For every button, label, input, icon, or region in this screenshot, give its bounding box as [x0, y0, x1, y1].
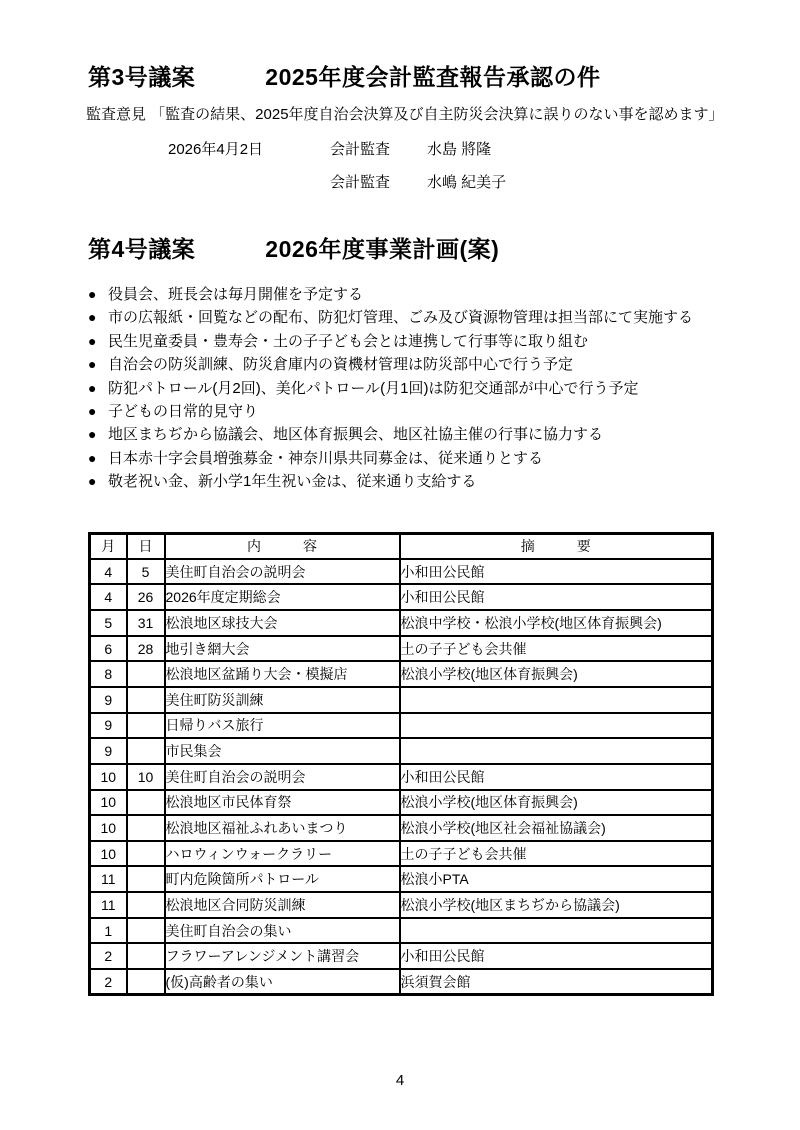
bullet-text: 防犯パトロール(月2回)、美化パトロール(月1回)は防犯交通部が中心で行う予定 [108, 377, 638, 400]
table-row: 11町内危険箇所パトロール松浪小PTA [90, 866, 713, 892]
cell-month: 9 [90, 687, 127, 713]
bullet-icon: ● [88, 470, 108, 493]
table-body: 45美住町自治会の説明会小和田公民館4262026年度定期総会小和田公民館531… [90, 559, 713, 995]
cell-month: 10 [90, 764, 127, 790]
cell-day [127, 713, 165, 739]
cell-content: 市民集会 [165, 738, 400, 764]
cell-summary [400, 713, 713, 739]
audit-date: 2026年4月2日 [168, 139, 330, 160]
cell-month: 2 [90, 969, 127, 995]
auditor-role: 会計監査 [330, 139, 427, 160]
cell-summary: 松浪小学校(地区まちぢから協議会) [400, 892, 713, 918]
bullet-icon: ● [88, 353, 108, 376]
cell-summary [400, 687, 713, 713]
cell-day: 10 [127, 764, 165, 790]
bullet-text: 自治会の防災訓練、防災倉庫内の資機材管理は防災部中心で行う予定 [108, 353, 573, 376]
table-row: 4262026年度定期総会小和田公民館 [90, 584, 713, 610]
table-row: 11松浪地区合同防災訓練松浪小学校(地区まちぢから協議会) [90, 892, 713, 918]
cell-content: 地引き網大会 [165, 636, 400, 662]
table-row: 10松浪地区福祉ふれあいまつり松浪小学校(地区社会福祉協議会) [90, 815, 713, 841]
cell-content: フラワーアレンジメント講習会 [165, 943, 400, 969]
cell-content: 松浪地区球技大会 [165, 610, 400, 636]
cell-day: 28 [127, 636, 165, 662]
cell-day [127, 866, 165, 892]
cell-day [127, 661, 165, 687]
agenda4-title: 2026年度事業計画(案) [265, 234, 499, 264]
cell-content: 美住町自治会の説明会 [165, 559, 400, 585]
cell-content: 美住町自治会の説明会 [165, 764, 400, 790]
cell-day [127, 815, 165, 841]
bullet-item: ●民生児童委員・豊寿会・土の子子ども会とは連携して行事等に取り組む [88, 330, 760, 353]
cell-day [127, 841, 165, 867]
table-row: 9市民集会 [90, 738, 713, 764]
table-row: 8松浪地区盆踊り大会・模擬店松浪小学校(地区体育振興会) [90, 661, 713, 687]
agenda3-heading: 第3号議案 2025年度会計監査報告承認の件 [88, 62, 760, 92]
cell-summary: 松浪中学校・松浪小学校(地区体育振興会) [400, 610, 713, 636]
cell-day [127, 790, 165, 816]
auditor-name: 水島 將隆 [427, 139, 491, 160]
cell-content: (仮)高齢者の集い [165, 969, 400, 995]
cell-month: 11 [90, 866, 127, 892]
bullet-text: 市の広報紙・回覧などの配布、防犯灯管理、ごみ及び資源物管理は担当部にて実施する [108, 306, 693, 329]
auditor-role: 会計監査 [330, 172, 427, 193]
cell-month: 8 [90, 661, 127, 687]
table-row: 10ハロウィンウォークラリー土の子子ども会共催 [90, 841, 713, 867]
bullet-item: ●子どもの日常的見守り [88, 400, 760, 423]
cell-month: 4 [90, 584, 127, 610]
bullet-icon: ● [88, 283, 108, 306]
table-row: 1美住町自治会の集い [90, 918, 713, 944]
cell-content: 松浪地区福祉ふれあいまつり [165, 815, 400, 841]
cell-summary: 小和田公民館 [400, 764, 713, 790]
cell-summary: 浜須賀会館 [400, 969, 713, 995]
auditor-name: 水嶋 紀美子 [427, 172, 506, 193]
cell-month: 10 [90, 790, 127, 816]
cell-content: 松浪地区市民体育祭 [165, 790, 400, 816]
cell-day: 5 [127, 559, 165, 585]
bullet-text: 役員会、班長会は毎月開催を予定する [108, 283, 363, 306]
cell-summary: 小和田公民館 [400, 559, 713, 585]
table-row: 9美住町防災訓練 [90, 687, 713, 713]
bullet-item: ●役員会、班長会は毎月開催を予定する [88, 283, 760, 306]
bullet-icon: ● [88, 330, 108, 353]
cell-summary [400, 918, 713, 944]
table-row: 2フラワーアレンジメント講習会小和田公民館 [90, 943, 713, 969]
cell-content: ハロウィンウォークラリー [165, 841, 400, 867]
bullet-text: 敬老祝い金、新小学1年生祝い金は、従来通り支給する [108, 470, 476, 493]
auditor-row: 2026年4月2日会計監査水島 將隆 [88, 139, 760, 160]
cell-day [127, 687, 165, 713]
cell-content: 松浪地区盆踊り大会・模擬店 [165, 661, 400, 687]
cell-summary: 松浪小学校(地区社会福祉協議会) [400, 815, 713, 841]
event-schedule-table: 月日内 容摘 要 45美住町自治会の説明会小和田公民館4262026年度定期総会… [88, 532, 714, 997]
cell-month: 11 [90, 892, 127, 918]
table-row: 45美住町自治会の説明会小和田公民館 [90, 559, 713, 585]
cell-month: 9 [90, 738, 127, 764]
cell-month: 10 [90, 815, 127, 841]
cell-summary: 土の子子ども会共催 [400, 636, 713, 662]
bullet-item: ●地区まちぢから協議会、地区体育振興会、地区社協主催の行事に協力する [88, 423, 760, 446]
bullet-text: 日本赤十字会員増強募金・神奈川県共同募金は、従来通りとする [108, 447, 543, 470]
cell-day: 31 [127, 610, 165, 636]
table-row: 1010美住町自治会の説明会小和田公民館 [90, 764, 713, 790]
cell-summary [400, 738, 713, 764]
cell-month: 4 [90, 559, 127, 585]
cell-content: 町内危険箇所パトロール [165, 866, 400, 892]
bullet-icon: ● [88, 306, 108, 329]
cell-content: 美住町防災訓練 [165, 687, 400, 713]
bullet-item: ●敬老祝い金、新小学1年生祝い金は、従来通り支給する [88, 470, 760, 493]
cell-summary: 土の子子ども会共催 [400, 841, 713, 867]
table-row: 531松浪地区球技大会松浪中学校・松浪小学校(地区体育振興会) [90, 610, 713, 636]
cell-summary: 松浪小学校(地区体育振興会) [400, 790, 713, 816]
cell-month: 2 [90, 943, 127, 969]
table-row: 9日帰りバス旅行 [90, 713, 713, 739]
bullet-icon: ● [88, 423, 108, 446]
cell-day [127, 738, 165, 764]
cell-content: 2026年度定期総会 [165, 584, 400, 610]
column-header: 内 容 [165, 533, 400, 559]
bullet-item: ●防犯パトロール(月2回)、美化パトロール(月1回)は防犯交通部が中心で行う予定 [88, 377, 760, 400]
cell-month: 10 [90, 841, 127, 867]
agenda4-label: 第4号議案 [88, 234, 195, 264]
cell-summary: 小和田公民館 [400, 584, 713, 610]
cell-month: 6 [90, 636, 127, 662]
bullet-item: ●市の広報紙・回覧などの配布、防犯灯管理、ごみ及び資源物管理は担当部にて実施する [88, 306, 760, 329]
table-row: 10松浪地区市民体育祭松浪小学校(地区体育振興会) [90, 790, 713, 816]
cell-day [127, 918, 165, 944]
cell-month: 5 [90, 610, 127, 636]
audit-date [168, 172, 330, 193]
bullet-icon: ● [88, 447, 108, 470]
cell-day [127, 943, 165, 969]
cell-summary: 小和田公民館 [400, 943, 713, 969]
bullet-item: ●日本赤十字会員増強募金・神奈川県共同募金は、従来通りとする [88, 447, 760, 470]
cell-day [127, 969, 165, 995]
agenda3-title: 2025年度会計監査報告承認の件 [265, 62, 600, 92]
agenda3-label: 第3号議案 [88, 62, 195, 92]
table-header-row: 月日内 容摘 要 [90, 533, 713, 559]
table-row: 2(仮)高齢者の集い浜須賀会館 [90, 969, 713, 995]
cell-summary: 松浪小学校(地区体育振興会) [400, 661, 713, 687]
cell-content: 松浪地区合同防災訓練 [165, 892, 400, 918]
agenda4-heading: 第4号議案 2026年度事業計画(案) [88, 234, 760, 264]
bullet-text: 地区まちぢから協議会、地区体育振興会、地区社協主催の行事に協力する [108, 423, 603, 446]
bullet-text: 民生児童委員・豊寿会・土の子子ども会とは連携して行事等に取り組む [108, 330, 588, 353]
bullet-text: 子どもの日常的見守り [108, 400, 258, 423]
cell-content: 日帰りバス旅行 [165, 713, 400, 739]
document-page: 第3号議案 2025年度会計監査報告承認の件 監査意見 「監査の結果、2025年… [0, 0, 800, 996]
audit-opinion: 監査意見 「監査の結果、2025年度自治会決算及び自主防災会決算に誤りのない事を… [86, 105, 760, 125]
column-header: 摘 要 [400, 533, 713, 559]
business-plan-list: ●役員会、班長会は毎月開催を予定する●市の広報紙・回覧などの配布、防犯灯管理、ご… [88, 283, 760, 494]
auditors: 2026年4月2日会計監査水島 將隆会計監査水嶋 紀美子 [88, 139, 760, 193]
bullet-item: ●自治会の防災訓練、防災倉庫内の資機材管理は防災部中心で行う予定 [88, 353, 760, 376]
column-header: 月 [90, 533, 127, 559]
cell-month: 1 [90, 918, 127, 944]
cell-month: 9 [90, 713, 127, 739]
cell-day: 26 [127, 584, 165, 610]
page-number: 4 [0, 1072, 800, 1089]
bullet-icon: ● [88, 377, 108, 400]
column-header: 日 [127, 533, 165, 559]
cell-content: 美住町自治会の集い [165, 918, 400, 944]
cell-day [127, 892, 165, 918]
table-row: 628地引き網大会土の子子ども会共催 [90, 636, 713, 662]
cell-summary: 松浪小PTA [400, 866, 713, 892]
bullet-icon: ● [88, 400, 108, 423]
auditor-row: 会計監査水嶋 紀美子 [88, 172, 760, 193]
